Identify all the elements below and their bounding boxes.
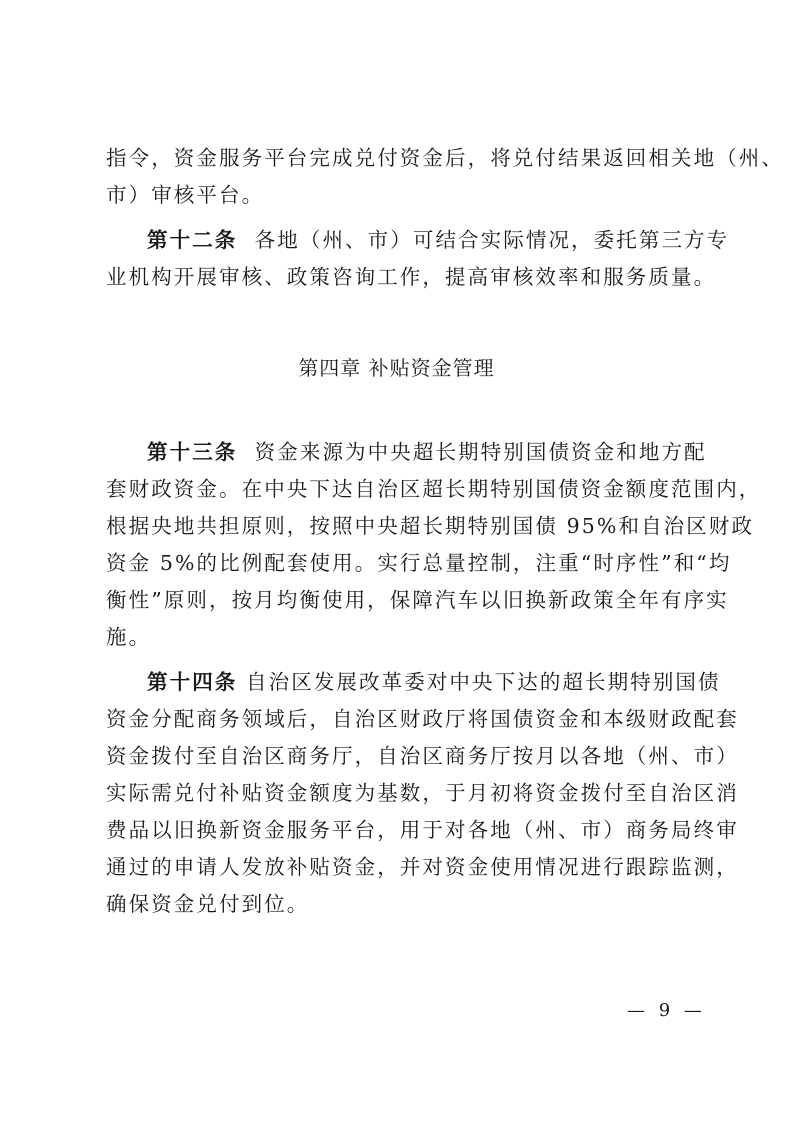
page-number: — 9 — (627, 1000, 706, 1021)
text-line: 套财政资金。在中央下达自治区超长期特别国债资金额度范围内， (106, 471, 687, 508)
text-line: 资金拨付至自治区商务厅，自治区商务厅按月以各地（州、市） (106, 738, 687, 775)
text-line: 施。 (106, 619, 687, 656)
text-line: 资金分配商务领域后，自治区财政厅将国债资金和本级财政配套 (106, 701, 687, 738)
text-line: 衡性”原则，按月均衡使用，保障汽车以旧换新政策全年有序实 (106, 582, 687, 619)
paragraph-continuation: 指令，资金服务平台完成兑付资金后，将兑付结果返回相关地（州、 市）审核平台。 (106, 140, 687, 214)
text-line: 资金来源为中央超长期特别国债资金和地方配 (255, 440, 707, 464)
text-line: 实际需兑付补贴资金额度为基数，于月初将资金拨付至自治区消 (106, 775, 687, 812)
text-line: 根据央地共担原则，按照中央超长期特别国债 95%和自治区财政 (106, 508, 687, 545)
text-line: 各地（州、市）可结合实际情况，委托第三方专 (255, 228, 730, 252)
text-line: 费品以旧换新资金服务平台，用于对各地（州、市）商务局终审 (106, 812, 687, 849)
article-label: 第十二条 (147, 228, 237, 252)
article-12: 第十二条 各地（州、市）可结合实际情况，委托第三方专 业机构开展审核、政策咨询工… (106, 222, 687, 296)
document-page: 指令，资金服务平台完成兑付资金后，将兑付结果返回相关地（州、 市）审核平台。 第… (106, 140, 687, 296)
article-label: 第十三条 (147, 440, 237, 464)
text-line: 资金 5%的比例配套使用。实行总量控制，注重“时序性”和“均 (106, 545, 687, 582)
text-line: 确保资金兑付到位。 (106, 886, 687, 923)
text-line: 通过的申请人发放补贴资金，并对资金使用情况进行跟踪监测， (106, 849, 687, 886)
article-14: 第十四条 自治区发展改革委对中央下达的超长期特别国债 资金分配商务领域后，自治区… (106, 664, 687, 923)
article-13: 第十三条 资金来源为中央超长期特别国债资金和地方配 套财政资金。在中央下达自治区… (106, 434, 687, 656)
text-line: 市）审核平台。 (106, 177, 687, 214)
article-label: 第十四条 (147, 670, 237, 694)
text-line: 指令，资金服务平台完成兑付资金后，将兑付结果返回相关地（州、 (106, 140, 687, 177)
text-line: 业机构开展审核、政策咨询工作，提高审核效率和服务质量。 (106, 259, 687, 296)
text-line: 自治区发展改革委对中央下达的超长期特别国债 (246, 670, 721, 694)
chapter-heading: 第四章 补贴资金管理 (0, 352, 793, 381)
